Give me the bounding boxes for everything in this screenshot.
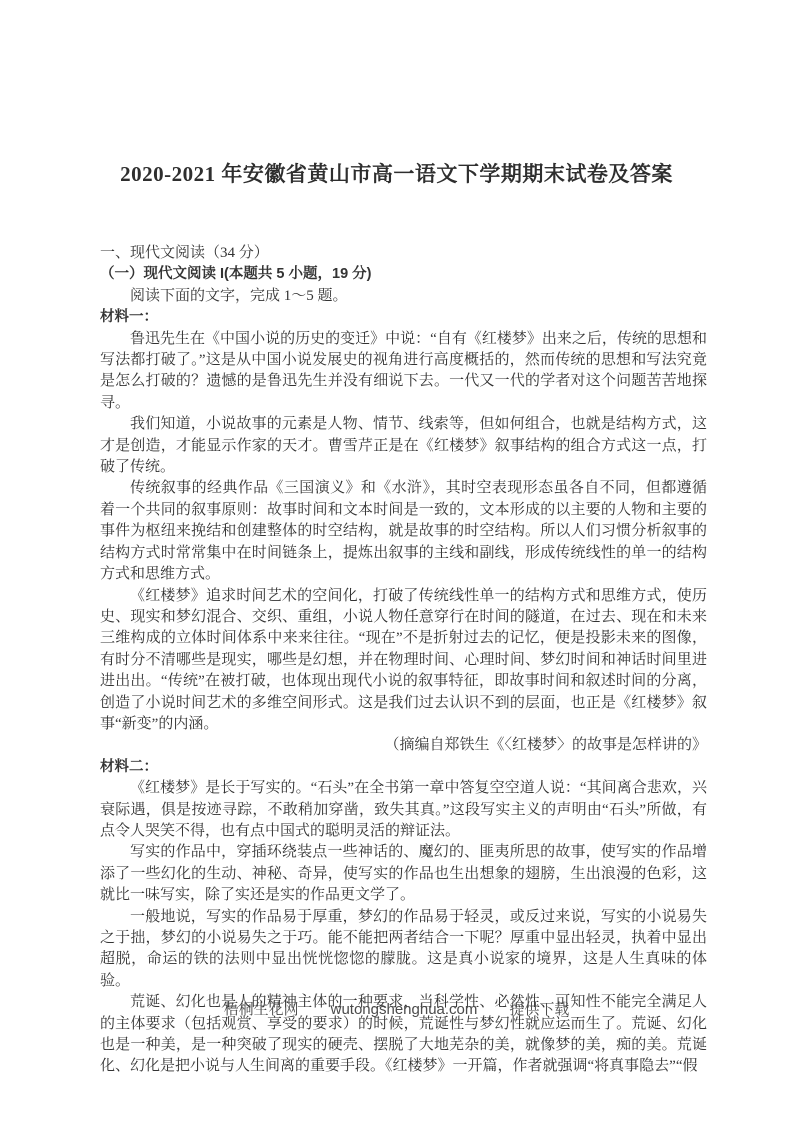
material-one-attribution: （摘编自郑铁生《〈红楼梦〉的故事是怎样讲的》: [100, 735, 707, 756]
instruction-line: 阅读下面的文字，完成 1～5 题。: [100, 286, 707, 307]
footer-download-label: 提供下载: [509, 998, 569, 1019]
material-one-paragraph: 《红楼梦》追求时间艺术的空间化，打破了传统线性单一的结构方式和思维方式，使历史、…: [100, 586, 707, 736]
footer-site-name: 梧桐生花网: [224, 998, 299, 1019]
document-page: 2020-2021 年安徽省黄山市高一语文下学期期末试卷及答案 一、现代文阅读（…: [0, 0, 793, 1122]
material-two-paragraph: 一般地说，写实的作品易于厚重，梦幻的作品易于轻灵，或反过来说，写实的小说易失之于…: [100, 907, 707, 993]
material-two-label: 材料二：: [100, 757, 707, 778]
material-one-paragraph: 传统叙事的经典作品《三国演义》和《水浒》，其时空表现形态虽各自不同，但都遵循着一…: [100, 478, 707, 585]
page-footer: 梧桐生花网 wutongshenghua.com 提供下载: [0, 998, 793, 1019]
document-body: 一、现代文阅读（34 分） （一）现代文阅读 I(本题共 5 小题，19 分) …: [100, 243, 707, 1078]
material-one-paragraph: 我们知道，小说故事的元素是人物、情节、线索等，但如何组合，也就是结构方式，这才是…: [100, 414, 707, 478]
subsection-heading-reading-1: （一）现代文阅读 I(本题共 5 小题，19 分): [100, 264, 707, 285]
material-two-paragraph: 《红楼梦》是长于写实的。“石头”在全书第一章中答复空空道人说：“其间离合悲欢，兴…: [100, 778, 707, 842]
section-heading-modern-reading: 一、现代文阅读（34 分）: [100, 243, 707, 264]
material-one-label: 材料一：: [100, 307, 707, 328]
document-title: 2020-2021 年安徽省黄山市高一语文下学期期末试卷及答案: [0, 158, 793, 188]
material-two-paragraph: 写实的作品中，穿插环绕装点一些神话的、魔幻的、匪夷所思的故事，使写实的作品增添了…: [100, 842, 707, 906]
material-one-paragraph: 鲁迅先生在《中国小说的历史的变迁》中说：“自有《红楼梦》出来之后，传统的思想和写…: [100, 329, 707, 415]
footer-site-url: wutongshenghua.com: [331, 1001, 478, 1018]
